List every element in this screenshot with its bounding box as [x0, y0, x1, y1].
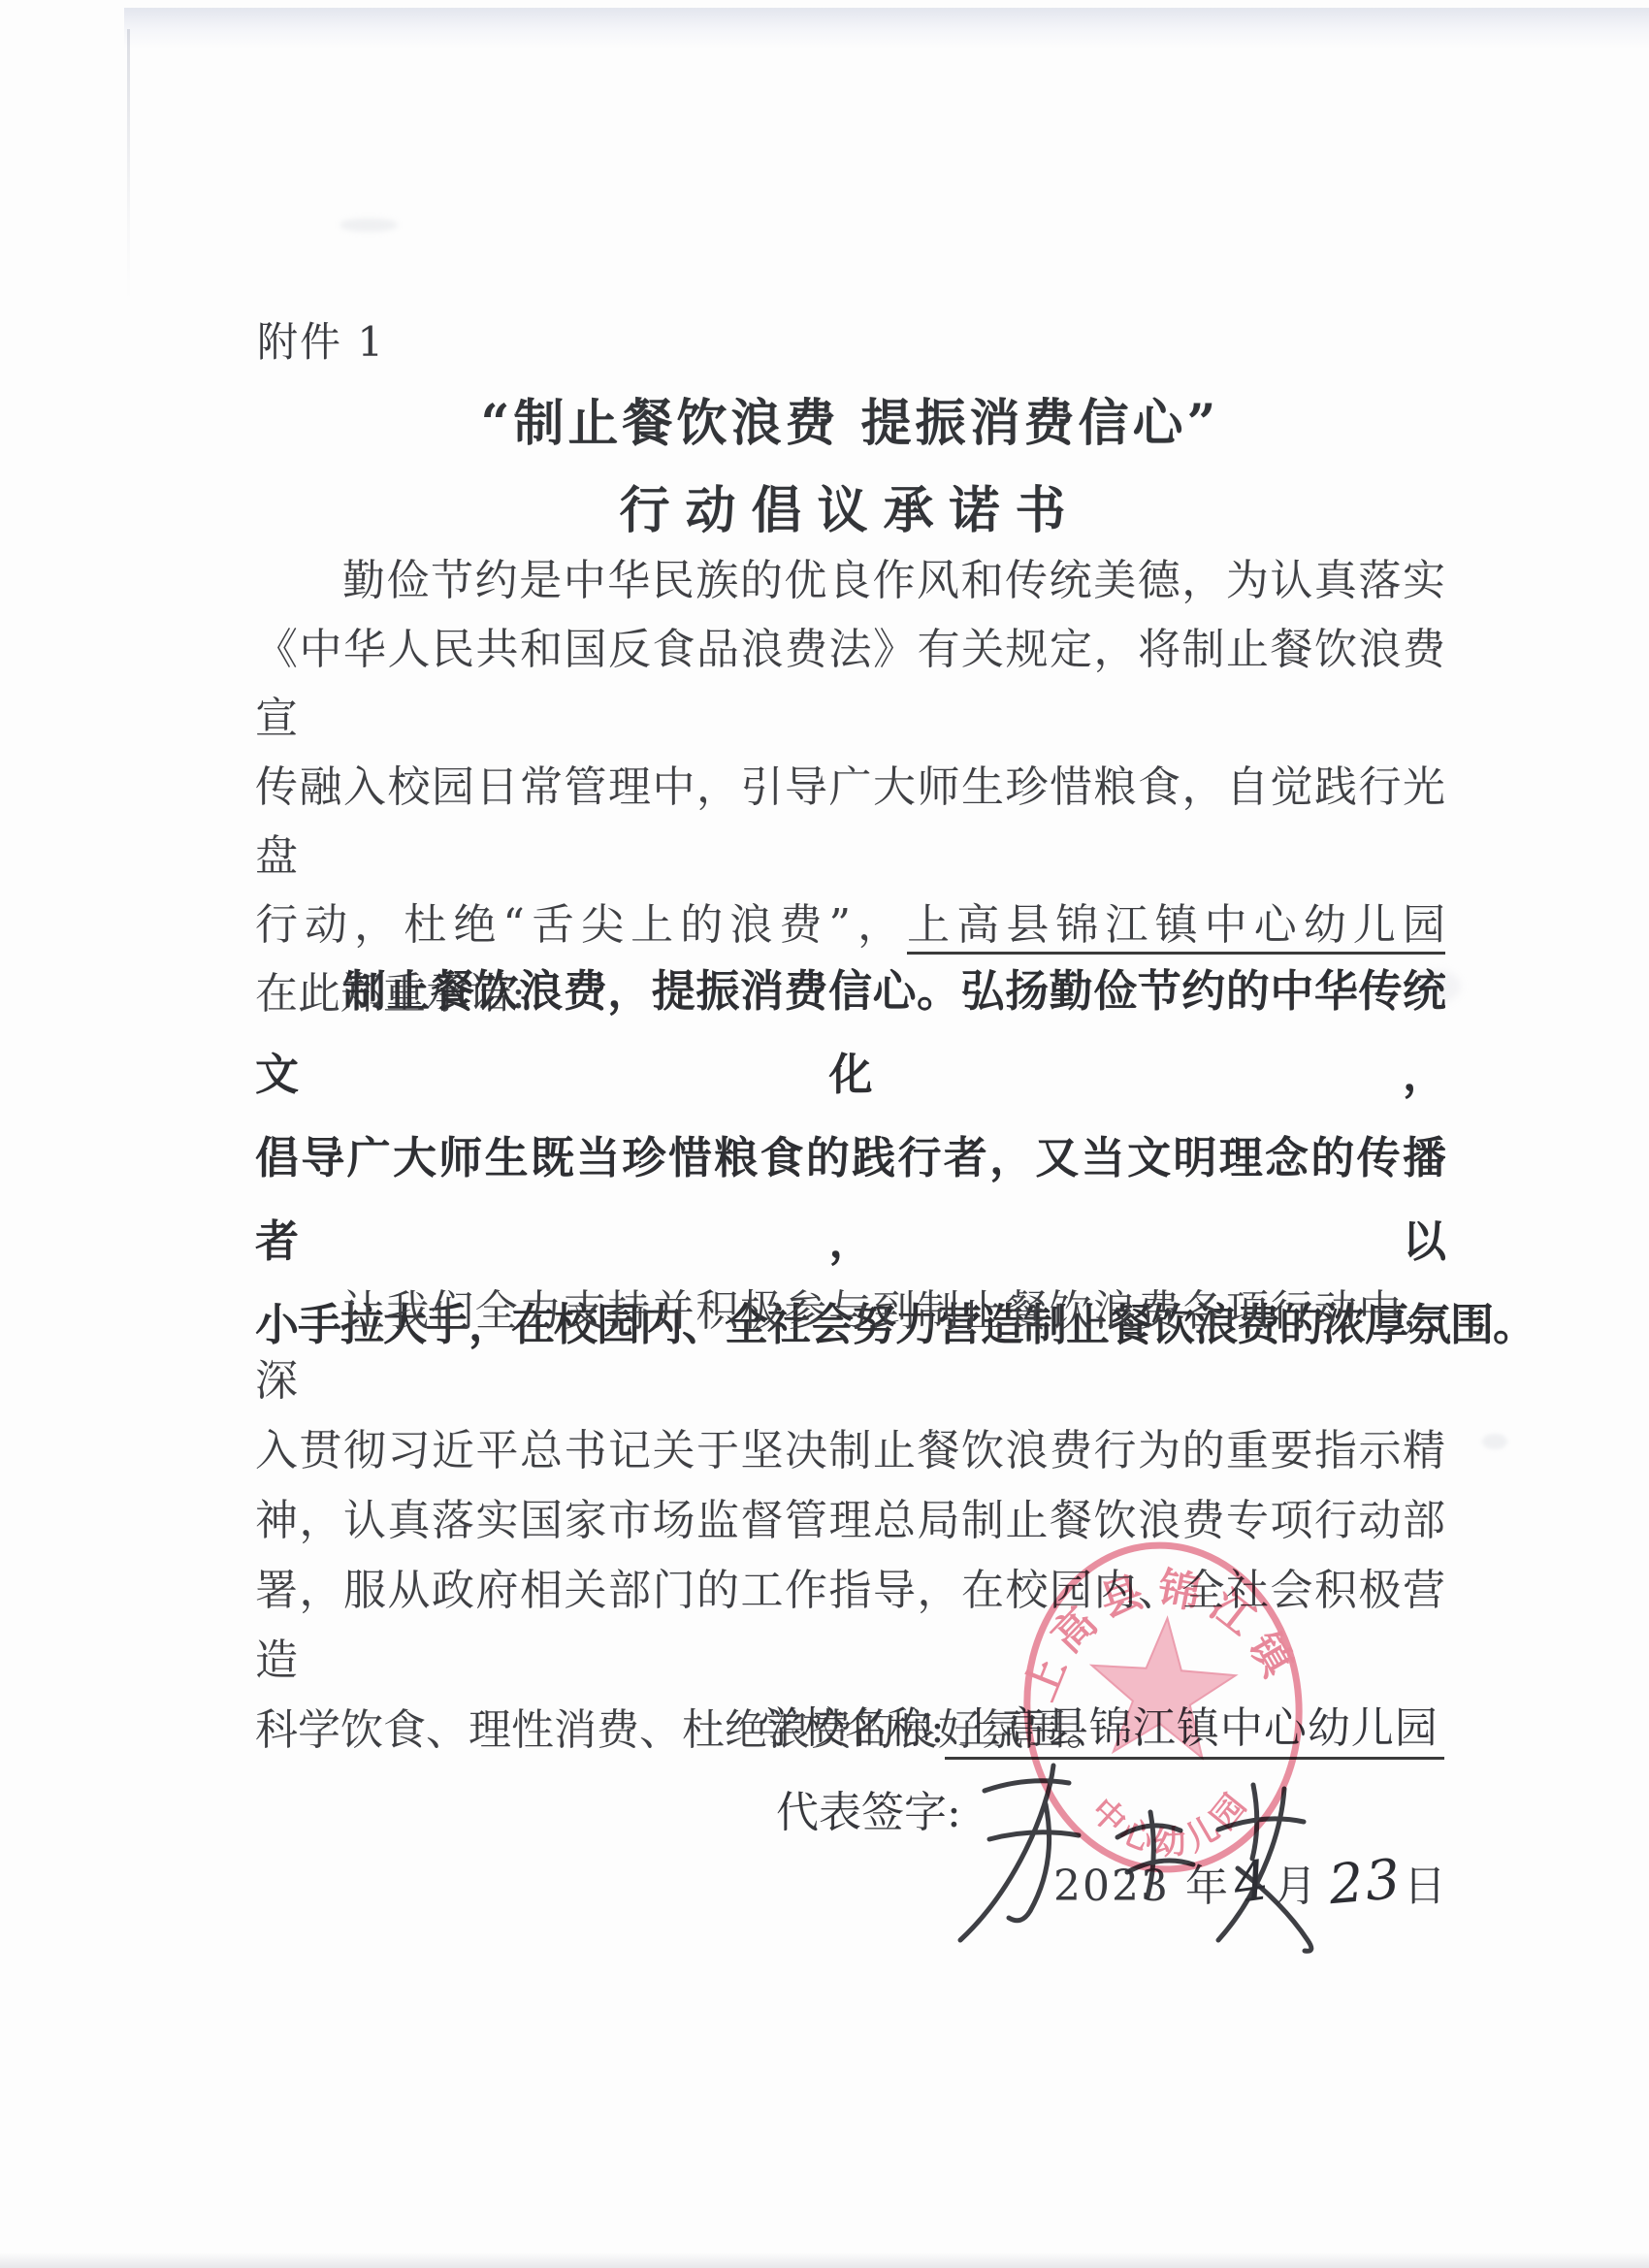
paragraph-line: 传融入校园日常管理中，引导广大师生珍惜粮食，自觉践行光盘 — [255, 753, 1445, 891]
handwritten-day-number: 23 — [1326, 1848, 1405, 1917]
date-row: 2023 年4月23日 — [1053, 1851, 1448, 1914]
paragraph-line: 让我们全力支持并积极参与到制止餐饮浪费各项行动中，深 — [255, 1277, 1445, 1416]
scan-vertical-line-artifact — [127, 29, 130, 301]
representative-sign-row: 代表签字: — [776, 1777, 961, 1839]
date-day-text: 日 — [1404, 1862, 1448, 1911]
date-month-text: 月 — [1275, 1862, 1319, 1911]
scan-top-edge-artifact — [124, 8, 1649, 49]
line-text: 行动，杜绝“舌尖上的浪费”， — [255, 900, 907, 950]
attachment-label: 附件 1 — [257, 310, 385, 369]
document-title-line2: 行动倡议承诺书 — [255, 470, 1445, 542]
paragraph-line: 制止餐饮浪费，提振消费信心。弘扬勤俭节约的中华传统文化， — [255, 950, 1445, 1117]
paragraph-line: 署，服从政府相关部门的工作指导，在校园内、全社会积极营造 — [255, 1556, 1445, 1696]
underlined-school-name-inline: 上高县锦江镇中心幼儿园 — [907, 900, 1445, 955]
school-name-label: 学校名称: — [760, 1703, 945, 1753]
paragraph-line: 《中华人民共和国反食品浪费法》有关规定，将制止餐饮浪费宣 — [255, 615, 1445, 753]
school-name-value: 上高县锦江镇中心幼儿园 — [945, 1703, 1444, 1760]
scan-smudge — [339, 218, 398, 232]
scan-smudge — [1482, 1434, 1507, 1449]
scan-bottom-edge-artifact — [0, 2252, 1649, 2268]
representative-sign-label: 代表签字: — [776, 1788, 961, 1837]
handwritten-month-number: 4 — [1230, 1849, 1275, 1917]
paragraph-line: 神，认真落实国家市场监督管理总局制止餐饮浪费专项行动部 — [255, 1486, 1445, 1556]
paragraph-line: 勤俭节约是中华民族的优良作风和传统美德，为认真落实 — [255, 546, 1445, 615]
paragraph-line: 倡导广大师生既当珍惜粮食的践行者，又当文明理念的传播者，以 — [255, 1117, 1445, 1283]
document-title-line1: “制止餐饮浪费 提振消费信心” — [255, 382, 1445, 455]
school-name-row: 学校名称:上高县锦江镇中心幼儿园 — [760, 1693, 1444, 1755]
paragraph-line: 入贯彻习近平总书记关于坚决制止餐饮浪费行为的重要指示精 — [255, 1416, 1445, 1486]
date-year-text: 2023 年 — [1053, 1862, 1230, 1911]
scanned-commitment-letter-page: 附件 1 “制止餐饮浪费 提振消费信心” 行动倡议承诺书 勤俭节约是中华民族的优… — [0, 0, 1649, 2268]
